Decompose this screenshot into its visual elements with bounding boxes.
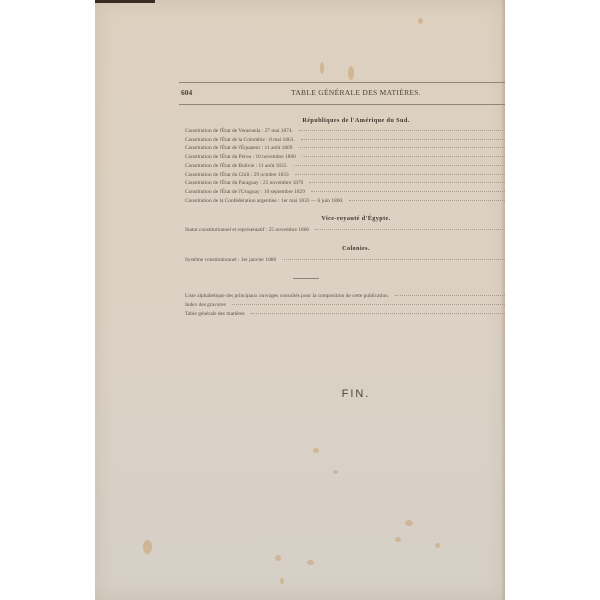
- toc-entry: Constitution de l'État de l'Uruguay : 10…: [185, 188, 505, 197]
- header-top-rule: [179, 82, 505, 83]
- toc-entry: Index des gravures599: [185, 301, 505, 310]
- toc-entry-label: Index des gravures: [185, 301, 226, 310]
- toc-entry: Statut constitutionnel et représentatif …: [185, 226, 505, 235]
- toc-entry-label: Système constitutionnel : 1er janvier 18…: [185, 256, 276, 265]
- foxing-spot: [313, 448, 319, 453]
- toc-entry-label: Constitution de la Confédération argenti…: [185, 197, 343, 206]
- toc-entry: Constitution de l'État du Chili : 29 oct…: [185, 171, 505, 180]
- foxing-spot: [333, 470, 338, 474]
- dot-leader: [232, 304, 505, 305]
- foxing-spot: [307, 560, 314, 565]
- toc-entry: Constitution de l'État de Venezuela : 27…: [185, 127, 505, 136]
- dot-leader: [395, 295, 505, 296]
- dot-leader: [298, 147, 505, 148]
- book-page: 604 TABLE GÉNÉRALE DES MATIÈRES. Républi…: [95, 0, 505, 600]
- dot-leader: [309, 182, 505, 183]
- toc-entry: Constitution de l'État de l'Équateur : 1…: [185, 144, 505, 153]
- toc-entry: Constitution de l'État du Paraguay : 25 …: [185, 179, 505, 188]
- closing-fin: FIN.: [179, 388, 505, 400]
- toc-entry-label: Constitution de l'État de Venezuela : 27…: [185, 127, 293, 136]
- toc-entry-label: Statut constitutionnel et représentatif …: [185, 226, 309, 235]
- dot-leader: [295, 174, 505, 175]
- running-head: 604 TABLE GÉNÉRALE DES MATIÈRES.: [179, 88, 505, 100]
- toc-entry-label: Constitution de l'État du Chili : 29 oct…: [185, 171, 289, 180]
- toc-entry-label: Constitution de l'État de l'Uruguay : 10…: [185, 188, 305, 197]
- dot-leader: [282, 259, 505, 260]
- foxing-spot: [435, 543, 440, 548]
- toc-entry: Constitution de l'État du Pérou : 10 nov…: [185, 153, 505, 162]
- foxing-spot: [275, 555, 281, 561]
- toc-entry: Constitution de la Confédération argenti…: [185, 197, 505, 206]
- toc-entry: Constitution de l'État de Bolivie : 11 a…: [185, 162, 505, 171]
- toc-entry-label: Constitution de l'État de Bolivie : 11 a…: [185, 162, 288, 171]
- toc-entry-label: Constitution de l'État du Pérou : 10 nov…: [185, 153, 296, 162]
- toc-entry-label: Constitution de l'État du Paraguay : 25 …: [185, 179, 303, 188]
- dot-leader: [299, 130, 505, 131]
- header-bottom-rule: [179, 104, 505, 105]
- toc-entry: Constitution de l'État de la Colombie : …: [185, 136, 505, 145]
- toc-entry-label: Constitution de l'État de la Colombie : …: [185, 136, 295, 145]
- section-heading-egypt: Vice-royauté d'Égypte.: [179, 215, 505, 222]
- page-corner-shadow: [95, 0, 155, 3]
- toc-entry-label: Constitution de l'État de l'Équateur : 1…: [185, 144, 292, 153]
- toc-entry-label: Liste alphabétique des principaux ouvrag…: [185, 292, 389, 301]
- foxing-spot: [280, 578, 284, 584]
- toc-entry: Liste alphabétique des principaux ouvrag…: [185, 292, 505, 301]
- toc-entry-label: Table générale des matières: [185, 310, 245, 319]
- foxing-spot: [405, 520, 413, 526]
- section-heading-colonies: Colonies.: [179, 245, 505, 252]
- dot-leader: [294, 165, 505, 166]
- dot-leader: [315, 229, 505, 230]
- toc-entry: Table générale des matières601: [185, 310, 505, 319]
- toc-entry: Système constitutionnel : 1er janvier 18…: [185, 256, 505, 265]
- foxing-spot: [348, 66, 354, 80]
- dot-leader: [302, 156, 505, 157]
- dot-leader: [311, 191, 505, 192]
- section-separator: [293, 278, 319, 279]
- foxing-spot: [395, 537, 401, 542]
- section-heading-south-america: Républiques de l'Amérique du Sud.: [179, 117, 505, 124]
- foxing-spot: [143, 540, 152, 554]
- running-title: TABLE GÉNÉRALE DES MATIÈRES.: [179, 88, 505, 97]
- dot-leader: [301, 139, 505, 140]
- dot-leader: [251, 313, 505, 314]
- dot-leader: [349, 200, 505, 201]
- foxing-spot: [418, 18, 423, 24]
- foxing-spot: [320, 62, 324, 74]
